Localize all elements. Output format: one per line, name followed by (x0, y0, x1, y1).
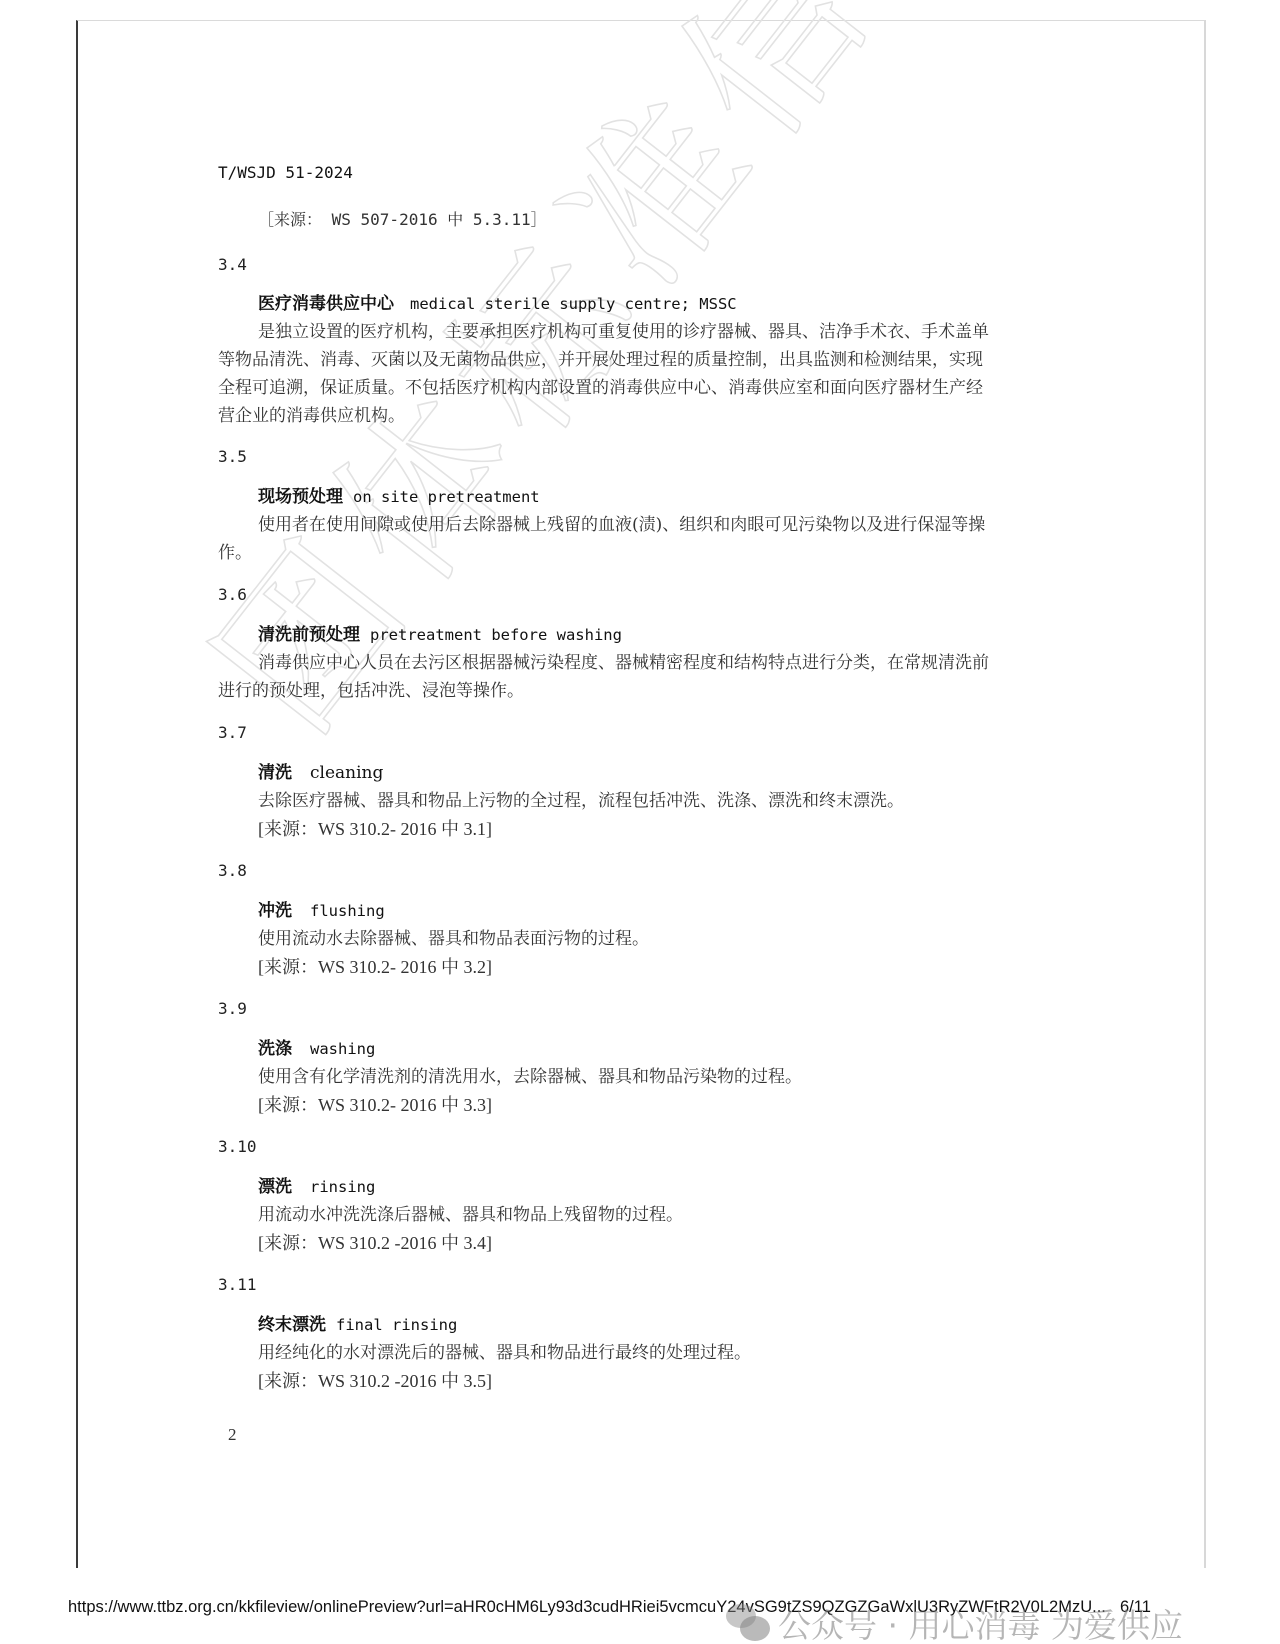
entry-term: 清洗cleaning (258, 759, 383, 787)
entry-number: 3.11 (218, 1275, 257, 1294)
entry-term: 终末漂洗final rinsing (258, 1311, 457, 1339)
term-en: pretreatment before washing (370, 626, 622, 644)
source-citation: [来源：WS 310.2 -2016 中 3.5] (258, 1367, 492, 1395)
document-code: T/WSJD 51-2024 (218, 163, 353, 182)
wechat-icon (726, 1604, 770, 1644)
entry-term: 冲洗flushing (258, 897, 385, 925)
entry-number: 3.8 (218, 861, 247, 880)
term-zh: 现场预处理 (258, 487, 343, 507)
term-zh: 漂洗 (258, 1177, 292, 1197)
term-en: washing (310, 1040, 375, 1058)
definition-line: 是独立设置的医疗机构，主要承担医疗机构可重复使用的诊疗器械、器具、洁净手术衣、手… (258, 318, 989, 346)
term-en: final rinsing (336, 1316, 457, 1334)
definition-line: 全程可追溯，保证质量。不包括医疗机构内部设置的消毒供应中心、消毒供应室和面向医疗… (218, 374, 983, 402)
term-en: medical sterile supply centre; MSSC (410, 295, 737, 313)
source-citation: [来源：WS 310.2- 2016 中 3.2] (258, 953, 492, 981)
term-zh: 清洗前预处理 (258, 625, 360, 645)
definition-line: 去除医疗器械、器具和物品上污物的全过程，流程包括冲洗、洗涤、漂洗和终末漂洗。 (258, 787, 904, 815)
term-zh: 洗涤 (258, 1039, 292, 1059)
entry-term: 现场预处理on site pretreatment (258, 483, 540, 511)
wechat-watermark-text: 公众号 · 用心消毒 为爱供应 (778, 1600, 1183, 1644)
term-en: rinsing (310, 1178, 375, 1196)
definition-line: 等物品清洗、消毒、灭菌以及无菌物品供应，并开展处理过程的质量控制，出具监测和检测… (218, 346, 983, 374)
entry-number: 3.10 (218, 1137, 257, 1156)
term-en: flushing (310, 902, 385, 920)
entry-term: 漂洗rinsing (258, 1173, 375, 1201)
term-zh: 冲洗 (258, 901, 292, 921)
entry-number: 3.7 (218, 723, 247, 742)
entry-number: 3.9 (218, 999, 247, 1018)
definition-line: 用经纯化的水对漂洗后的器械、器具和物品进行最终的处理过程。 (258, 1339, 751, 1367)
definition-line: 进行的预处理，包括冲洗、浸泡等操作。 (218, 677, 524, 705)
entry-term: 医疗消毒供应中心medical sterile supply centre; M… (258, 290, 737, 318)
wechat-watermark: 公众号 · 用心消毒 为爱供应 (726, 1600, 1183, 1644)
term-en: cleaning (310, 763, 383, 783)
entry-term: 清洗前预处理pretreatment before washing (258, 621, 622, 649)
definition-line: 使用流动水去除器械、器具和物品表面污物的过程。 (258, 925, 649, 953)
source-citation: [来源：WS 310.2- 2016 中 3.3] (258, 1091, 492, 1119)
definition-line: 消毒供应中心人员在去污区根据器械污染程度、器械精密程度和结构特点进行分类，在常规… (258, 649, 989, 677)
page-number: 2 (228, 1425, 237, 1445)
definition-line: 使用者在使用间隙或使用后去除器械上残留的血液(渍)、组织和肉眼可见污染物以及进行… (258, 511, 985, 539)
term-zh: 清洗 (258, 763, 292, 783)
definition-line: 营企业的消毒供应机构。 (218, 402, 405, 430)
entry-number: 3.4 (218, 255, 247, 274)
term-zh: 医疗消毒供应中心 (258, 294, 394, 314)
term-en: on site pretreatment (353, 488, 540, 506)
definition-line: 作。 (218, 539, 252, 567)
entry-number: 3.5 (218, 447, 247, 466)
source-citation: [来源：WS 310.2 -2016 中 3.4] (258, 1229, 492, 1257)
definition-line: 用流动水冲洗洗涤后器械、器具和物品上残留物的过程。 (258, 1201, 683, 1229)
entry-number: 3.6 (218, 585, 247, 604)
definition-line: 使用含有化学清洗剂的清洗用水，去除器械、器具和物品污染物的过程。 (258, 1063, 802, 1091)
term-zh: 终末漂洗 (258, 1315, 326, 1335)
source-citation: [来源：WS 310.2- 2016 中 3.1] (258, 815, 492, 843)
top-source: ［来源： WS 507-2016 中 5.3.11］ (258, 206, 547, 234)
entry-term: 洗涤washing (258, 1035, 375, 1063)
